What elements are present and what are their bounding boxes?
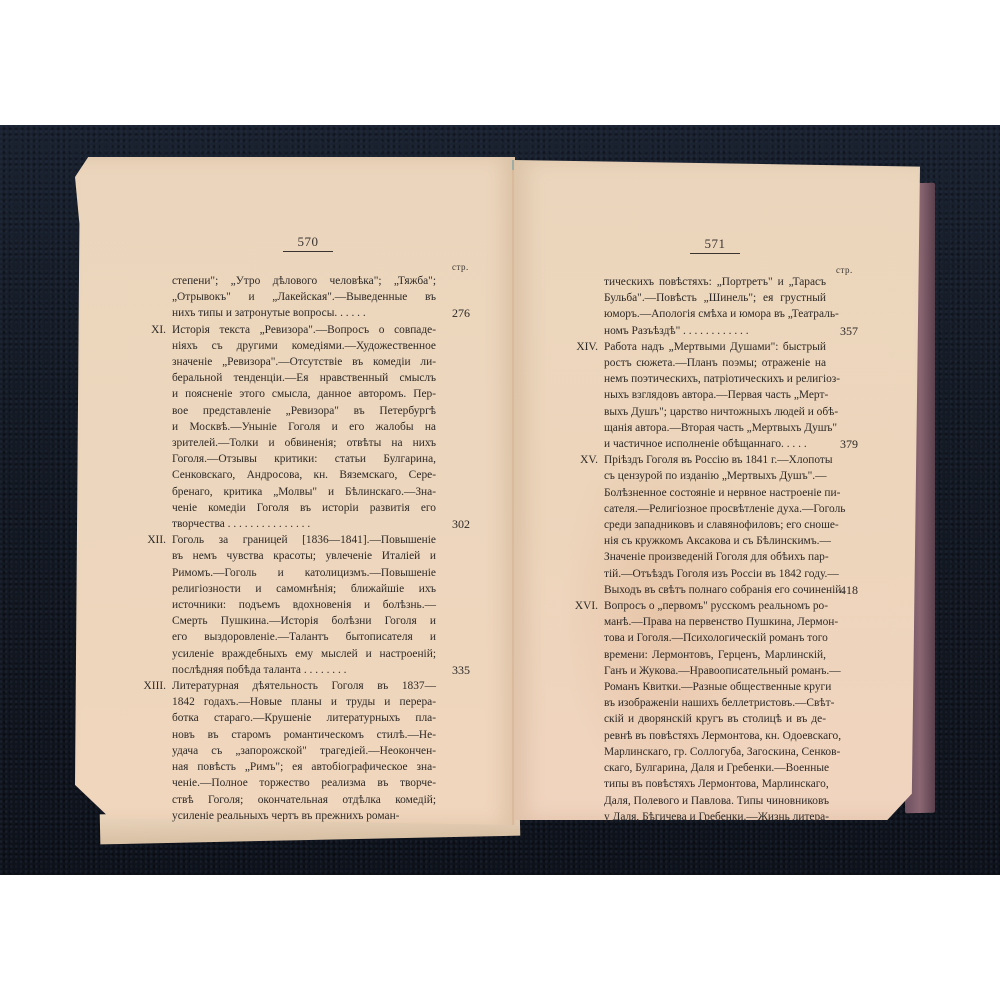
toc-entry: XII.Гоголь за границей [1836—1841].—Повы… <box>172 532 436 678</box>
toc-line: новъ въ старомъ романтическомъ стилѣ.—Не… <box>172 727 436 743</box>
toc-line: скаго, Булгарина, Даля и Гребенки.—Военн… <box>604 760 826 776</box>
toc-line: Бульба".—Повѣсть „Шинель"; ея грустный <box>604 290 826 306</box>
toc-page-number: 335 <box>452 662 470 678</box>
toc-line: у Даля, Бѣгичева и Гребенки.—Жизнь литер… <box>604 809 826 825</box>
toc-line: послѣдняя побѣда таланта . . . . . . . . <box>172 662 436 678</box>
left-page-column-header: стр. <box>452 262 469 272</box>
chapter-numeral: XIV. <box>564 339 598 355</box>
toc-page-number: 302 <box>452 516 470 532</box>
toc-line: сателя.—Религіозное просвѣтленіе духа.—Г… <box>604 501 826 517</box>
toc-page-number: 276 <box>452 305 470 321</box>
toc-line: Работа надъ „Мертвыми Душами": быстрый <box>604 339 826 355</box>
toc-entry: XI.Исторія текста „Ревизора".—Вопросъ о … <box>172 322 436 533</box>
toc-line: 1842 годахъ.—Новые планы и труды и перер… <box>172 694 436 710</box>
toc-line: Вопросъ о „первомъ" русскомъ реальномъ р… <box>604 598 826 614</box>
toc-line: тическихъ повѣстяхъ: „Портретъ" и „Тарас… <box>604 274 826 290</box>
toc-line: ченіе.—Полное торжество реализма въ твор… <box>172 775 436 791</box>
toc-page-number: 379 <box>840 436 858 452</box>
toc-line: юморъ.—Апологія смѣха и юмора въ „Театра… <box>604 306 826 322</box>
toc-line: нія съ кружкомъ Аксакова и съ Бѣлинскимъ… <box>604 533 826 549</box>
chapter-numeral: XV. <box>564 452 598 468</box>
toc-line: и частичное исполненіе обѣщаннаго. . . .… <box>604 436 826 452</box>
toc-line: Литературная дѣятельность Гоголя въ 1837… <box>172 678 436 694</box>
toc-line: това и Гоголя.—Психологическій романъ то… <box>604 630 826 646</box>
toc-entry: тическихъ повѣстяхъ: „Портретъ" и „Тарас… <box>604 274 826 339</box>
chapter-numeral: XI. <box>132 322 166 338</box>
toc-line: Романъ Квитки.—Разные общественные круги <box>604 679 826 695</box>
book-gutter <box>512 160 514 825</box>
toc-line: степени"; „Утро дѣлового человѣка"; „Тяж… <box>172 273 436 289</box>
toc-entry: XVI.Вопросъ о „первомъ" русскомъ реально… <box>604 598 826 825</box>
toc-line: Гоголь за границей [1836—1841].—Повышені… <box>172 532 436 548</box>
toc-entry: XV.Пріѣздъ Гоголя въ Россію въ 1841 г.—Х… <box>604 452 826 598</box>
toc-line: времени: Лермонтовъ, Герценъ, Марлинскій… <box>604 647 826 663</box>
toc-entry: XIII.Литературная дѣятельность Гоголя въ… <box>172 678 436 824</box>
toc-line: Сенковскаго, Андросова, кн. Вяземскаго, … <box>172 467 436 483</box>
toc-line: ствѣ Гоголя; окончательная отдѣлка комед… <box>172 792 436 808</box>
toc-line: въ немъ чувства красоты; увлеченіе Италі… <box>172 548 436 564</box>
toc-line: бренаго, критика „Молвы" и Бѣлинскаго.—З… <box>172 484 436 500</box>
toc-line: ная повѣсть „Римъ"; ея автобіографическо… <box>172 759 436 775</box>
toc-line: типы въ повѣстяхъ Лермонтова, Марлинскаг… <box>604 776 826 792</box>
toc-line: немъ поэтическихъ, патріотическихъ и рел… <box>604 371 826 387</box>
toc-line: Болѣзненное состояніе и нервное настроен… <box>604 485 826 501</box>
toc-line: номъ Разъѣздѣ" . . . . . . . . . . . . <box>604 323 826 339</box>
toc-line: зрителей.—Толки и обвиненія; отвѣты на н… <box>172 435 436 451</box>
chapter-numeral: XII. <box>132 532 166 548</box>
toc-line: Даля, Полевого и Павлова. Типы чиновнико… <box>604 793 826 809</box>
toc-line: Смерть Пушкина.—Исторія болѣзни Гоголя и <box>172 613 436 629</box>
toc-line: и поясненіе этого смысла, данное автором… <box>172 386 436 402</box>
toc-line: въ изображеніи нашихъ беллетристовъ.—Свѣ… <box>604 695 826 711</box>
toc-line: скій и дворянскій кругъ въ столицѣ и въ … <box>604 711 826 727</box>
toc-line: религіозности и самомнѣнія; ближайшіе их… <box>172 581 436 597</box>
toc-line: ростъ сюжета.—Планъ поэмы; отраженіе на <box>604 355 826 371</box>
toc-line: ніяхъ съ другими комедіями.—Художественн… <box>172 338 436 354</box>
right-page-folio: 571 <box>690 236 740 254</box>
toc-line: удача съ „запорожской" трагедіей.—Неокон… <box>172 743 436 759</box>
toc-line: Значеніе произведеній Гоголя для обѣихъ … <box>604 549 826 565</box>
toc-line: Марлинскаго, гр. Соллогуба, Загоскина, С… <box>604 744 826 760</box>
right-page-contents: тическихъ повѣстяхъ: „Портретъ" и „Тарас… <box>604 274 826 825</box>
toc-line: и Москвѣ.—Уныніе Гоголя и его жалобы на <box>172 419 436 435</box>
toc-line: Ганъ и Жукова.—Нравоописательный романъ.… <box>604 663 826 679</box>
toc-line: творчества . . . . . . . . . . . . . . . <box>172 516 436 532</box>
toc-line: среди западниковъ и славянофиловъ; его с… <box>604 517 826 533</box>
toc-line: Исторія текста „Ревизора".—Вопросъ о сов… <box>172 322 436 338</box>
chapter-numeral: XVI. <box>564 598 598 614</box>
left-page-contents: степени"; „Утро дѣлового человѣка"; „Тяж… <box>172 273 436 824</box>
left-page-folio: 570 <box>283 234 333 252</box>
toc-line: Пріѣздъ Гоголя въ Россію въ 1841 г.—Хлоп… <box>604 452 826 468</box>
toc-line: щанія автора.—Вторая часть „Мертвыхъ Душ… <box>604 420 826 436</box>
toc-page-number: 418 <box>840 582 858 598</box>
toc-line: усиленіе враждебныхъ ему мыслей и настро… <box>172 646 436 662</box>
toc-line: его выздоровленіе.—Талантъ бытописателя … <box>172 629 436 645</box>
toc-line: ченіе комедіи Гоголя въ исторіи развитія… <box>172 500 436 516</box>
toc-entry: XIV.Работа надъ „Мертвыми Душами": быстр… <box>604 339 826 452</box>
toc-line: Римомъ.—Гоголь и католицизмъ.—Повышеніе <box>172 565 436 581</box>
toc-line: „Отрывокъ" и „Лакейская".—Выведенные въ <box>172 289 436 305</box>
toc-line: значеніе „Ревизора".—Отсутствіе въ комед… <box>172 354 436 370</box>
toc-line: Гоголя.—Отзывы критики: статьи Булгарина… <box>172 451 436 467</box>
toc-line: ныхъ взглядовъ автора.—Первая часть „Мер… <box>604 387 826 403</box>
toc-line: тій.—Отъѣздъ Гоголя изъ Россіи въ 1842 г… <box>604 566 826 582</box>
toc-line: нихъ типы и затронутые вопросы. . . . . … <box>172 305 436 321</box>
toc-line: усиленіе реальныхъ чертъ въ прежнихъ ром… <box>172 808 436 824</box>
toc-line: манѣ.—Права на первенство Пушкина, Лермо… <box>604 614 826 630</box>
toc-line: вое представленіе „Ревизора" въ Петербур… <box>172 403 436 419</box>
toc-line: выхъ Душъ"; царство ничтожныхъ людей и о… <box>604 404 826 420</box>
toc-line: ревнѣ въ повѣстяхъ Лермонтова, кн. Одоев… <box>604 728 826 744</box>
toc-line: съ цензурой по изданію „Мертвыхъ Душъ".— <box>604 468 826 484</box>
toc-entry: степени"; „Утро дѣлового человѣка"; „Тяж… <box>172 273 436 322</box>
toc-line: Выходъ въ свѣтъ полнаго собранія его соч… <box>604 582 826 598</box>
right-page-column-header: стр. <box>836 265 853 275</box>
toc-line: ботка стараго.—Крушеніе литературныхъ пл… <box>172 710 436 726</box>
toc-line: беральной тенденціи.—Ея нравственный смы… <box>172 370 436 386</box>
toc-line: источники: подъемъ вдохновенія и болѣзнь… <box>172 597 436 613</box>
chapter-numeral: XIII. <box>132 678 166 694</box>
toc-page-number: 357 <box>840 323 858 339</box>
